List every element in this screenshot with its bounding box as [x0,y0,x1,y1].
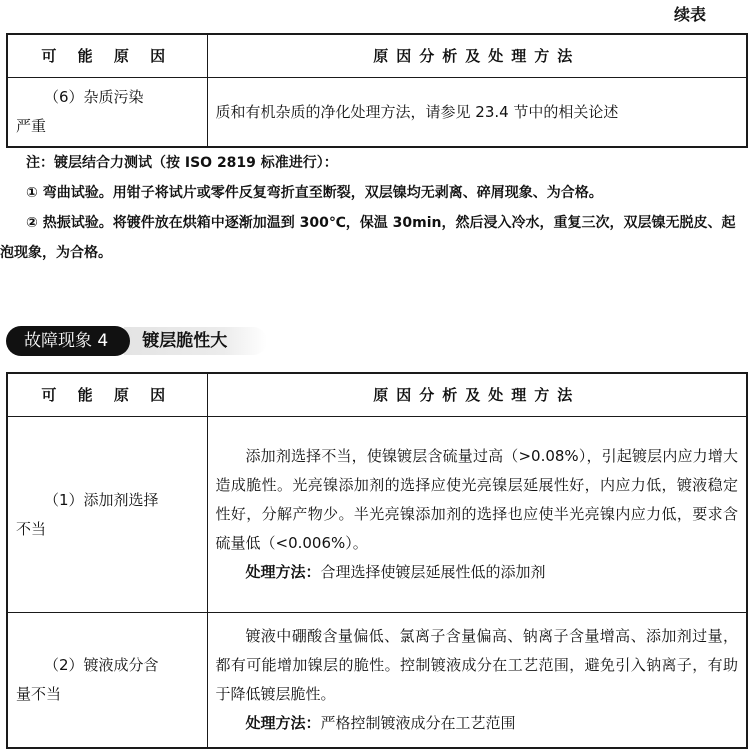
cause-line-2: 不当 [16,515,199,544]
analysis-cell: 镀液中硼酸含量偏低、氯离子含量偏高、钠离子含量增高、添加剂过量，都有可能增加镍层… [207,613,747,749]
adhesion-test-note: 注：镀层结合力测试（按 ISO 2819 标准进行）： ① 弯曲试验。用钳子将试… [0,148,748,268]
analysis-text: 质和有机杂质的净化处理方法，请参见 23.4 节中的相关论述 [216,98,739,127]
cause-line-1: （2）镀液成分含 [16,651,199,680]
table-row: （2）镀液成分含 量不当 镀液中硼酸含量偏低、氯离子含量偏高、钠离子含量增高、添… [7,613,747,749]
treatment-method-label: 处理方法： [246,563,321,581]
table-header-row: 可 能 原 因 原因分析及处理方法 [7,34,747,78]
analysis-text: 镀液中硼酸含量偏低、氯离子含量偏高、钠离子含量增高、添加剂过量，都有可能增加镍层… [216,622,739,709]
analysis-cell: 质和有机杂质的净化处理方法，请参见 23.4 节中的相关论述 [207,78,747,148]
note-item-thermal-shock-test: ② 热振试验。将镀件放在烘箱中逐渐加温到 300℃，保温 30min，然后浸入冷… [0,208,748,268]
fault-number-label: 故障现象 4 [6,326,130,356]
cause-cell: （1）添加剂选择 不当 [7,417,207,613]
analysis-cell: 添加剂选择不当，使镍镀层含硫量过高（>0.08%），引起镀层内应力增大造成脆性。… [207,417,747,613]
table-header-row: 可 能 原 因 原因分析及处理方法 [7,373,747,417]
continued-table-label: 续表 [674,2,706,25]
treatment-method-label: 处理方法： [246,714,321,732]
treatment-method: 处理方法：严格控制镀液成分在工艺范围 [216,709,739,738]
header-possible-cause: 可 能 原 因 [7,34,207,78]
header-possible-cause: 可 能 原 因 [7,373,207,417]
table-row: （1）添加剂选择 不当 添加剂选择不当，使镍镀层含硫量过高（>0.08%），引起… [7,417,747,613]
treatment-method: 处理方法：合理选择使镀层延展性低的添加剂 [216,558,739,587]
treatment-method-text: 合理选择使镀层延展性低的添加剂 [321,563,546,581]
fault-title: 镀层脆性大 [124,327,267,355]
header-analysis-method: 原因分析及处理方法 [207,373,747,417]
cause-line-1: （6）杂质污染 [16,83,199,112]
note-item-bend-test: ① 弯曲试验。用钳子将试片或零件反复弯折直至断裂，双层镍均无剥离、碎屑现象、为合… [0,178,748,208]
table-row: （6）杂质污染 严重 质和有机杂质的净化处理方法，请参见 23.4 节中的相关论… [7,78,747,148]
analysis-text: 添加剂选择不当，使镍镀层含硫量过高（>0.08%），引起镀层内应力增大造成脆性。… [216,442,739,558]
cause-cell: （6）杂质污染 严重 [7,78,207,148]
fault-table-brittleness: 可 能 原 因 原因分析及处理方法 （1）添加剂选择 不当 添加剂选择不当，使镍… [6,372,748,749]
cause-cell: （2）镀液成分含 量不当 [7,613,207,749]
cause-line-1: （1）添加剂选择 [16,486,199,515]
note-title: 注：镀层结合力测试（按 ISO 2819 标准进行）： [0,148,748,178]
fault-banner: 故障现象 4 镀层脆性大 [6,326,267,356]
treatment-method-text: 严格控制镀液成分在工艺范围 [321,714,516,732]
fault-table-continued: 可 能 原 因 原因分析及处理方法 （6）杂质污染 严重 质和有机杂质的净化处理… [6,33,748,148]
header-analysis-method: 原因分析及处理方法 [207,34,747,78]
cause-line-2: 严重 [16,112,199,141]
cause-line-2: 量不当 [16,680,199,709]
